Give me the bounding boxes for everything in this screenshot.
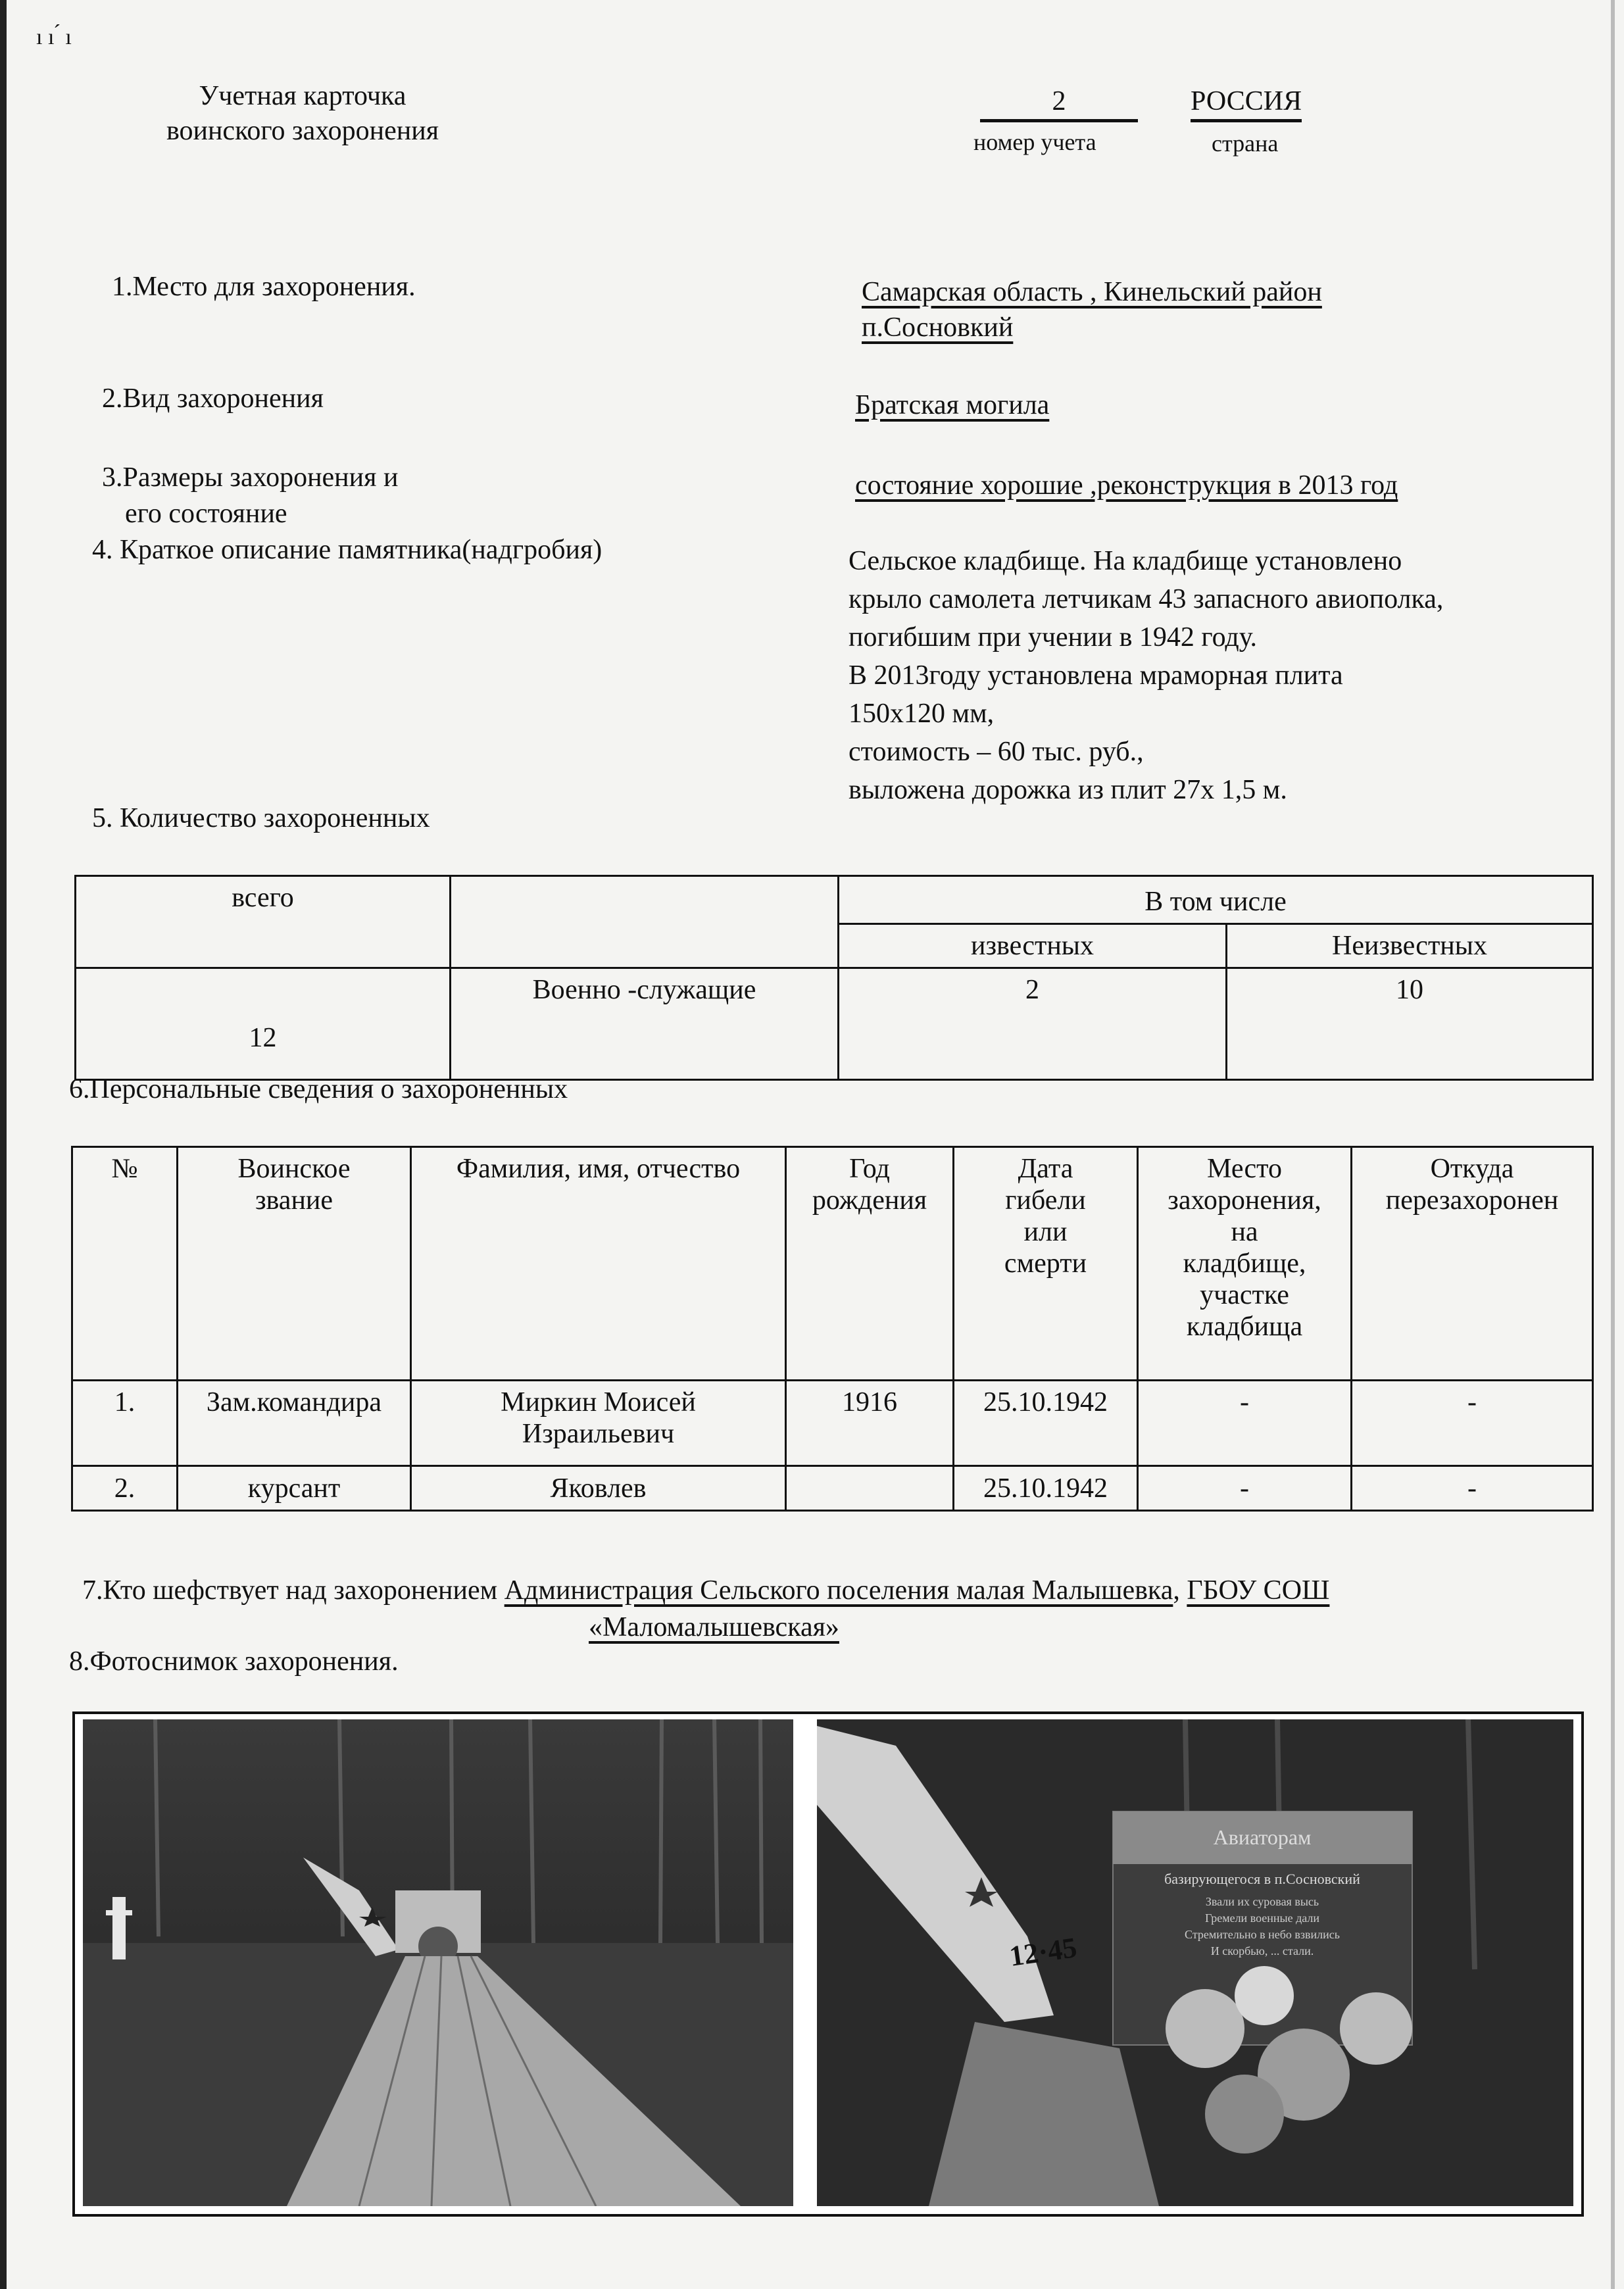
memorial-photo-2: 12·45 Авиаторам базирующегося в п.Соснов… <box>817 1719 1573 2206</box>
header-text: перезахоронен <box>1356 1185 1588 1216</box>
cell-from: - <box>1352 1466 1593 1511</box>
col-header-birth: Годрождения <box>786 1147 954 1381</box>
header-text: кладбище, <box>1143 1248 1346 1279</box>
header-total: всего <box>76 876 451 968</box>
section-3-label-line-1: 3.Размеры захоронения и <box>102 460 398 495</box>
title-line-2: воинского захоронения <box>138 114 467 149</box>
memorial-path-image <box>83 1719 793 2206</box>
plaque-line: Гремели военные дали <box>1205 1911 1319 1925</box>
cell-death: 25.10.1942 <box>954 1466 1138 1511</box>
header-text: Дата <box>958 1153 1133 1185</box>
col-header-name: Фамилия, имя, отчество <box>411 1147 786 1381</box>
photo-frame: 12·45 Авиаторам базирующегося в п.Соснов… <box>72 1711 1584 2217</box>
cell-rank: Зам.командира <box>178 1381 411 1466</box>
burial-count-table: всего В том числе известных Неизвестных … <box>74 875 1594 1081</box>
corner-mark: ı ı ́ ı <box>36 25 72 50</box>
plaque-line: Звали их суровая высь <box>1206 1895 1319 1908</box>
section-4-description: Сельское кладбище. На кладбище установле… <box>849 542 1443 809</box>
table-row: 2. курсант Яковлев 25.10.1942 - - <box>72 1466 1593 1511</box>
header-text: Откуда <box>1356 1153 1588 1185</box>
col-header-rank: Воинскоезвание <box>178 1147 411 1381</box>
cell-birth: 1916 <box>786 1381 954 1466</box>
description-line: 150х120 мм, <box>849 695 1443 733</box>
plaque-title: Авиаторам <box>1214 1825 1312 1849</box>
section-3-value: состояние хорошие ,реконструкция в 2013 … <box>855 468 1398 503</box>
title-line-1: Учетная карточка <box>138 79 467 114</box>
section-7-label: 7.Кто шефствует над захоронением <box>82 1575 497 1606</box>
header-known: известных <box>839 924 1227 968</box>
table-row: 1. Зам.командира Миркин МоисейИзраильеви… <box>72 1381 1593 1466</box>
header-text: кладбища <box>1143 1311 1346 1342</box>
header-text: гибели <box>958 1185 1133 1216</box>
total-count: 12 <box>76 968 451 1080</box>
section-1-label: 1.Место для захоронения. <box>112 270 416 305</box>
cell-name: Яковлев <box>411 1466 786 1511</box>
header-text: звание <box>182 1185 406 1216</box>
header-text: участке <box>1143 1279 1346 1311</box>
memorial-plaque-image: 12·45 Авиаторам базирующегося в п.Соснов… <box>817 1719 1573 2206</box>
section-2-value: Братская могила <box>855 388 1049 423</box>
scan-edge <box>0 0 7 2289</box>
name-text: Миркин Моисей <box>416 1387 781 1418</box>
unknown-count: 10 <box>1227 968 1593 1080</box>
section-8-label: 8.Фотоснимок захоронения. <box>69 1644 399 1679</box>
name-text: Израильевич <box>416 1418 781 1450</box>
section-1-value-line-1: Самарская область , Кинельский район <box>862 275 1322 310</box>
section-7: 7.Кто шефствует над захоронением Админис… <box>82 1573 1329 1608</box>
country-label: страна <box>1212 129 1278 159</box>
cell-place: - <box>1138 1466 1352 1511</box>
section-1-value-line-2: п.Сосновкий <box>862 310 1013 345</box>
header-unknown: Неизвестных <box>1227 924 1593 968</box>
section-7-value-part-3: «Маломалышевская» <box>589 1610 839 1645</box>
header-text: или <box>958 1216 1133 1248</box>
header-text: смерти <box>958 1248 1133 1279</box>
section-3-label-line-2: его состояние <box>125 497 287 531</box>
country: РОССИЯ <box>1191 84 1302 122</box>
account-number: 2 <box>980 84 1138 122</box>
separator: , <box>1173 1575 1187 1606</box>
cell-place: - <box>1138 1381 1352 1466</box>
memorial-photo-1 <box>83 1719 793 2206</box>
header-text: Воинское <box>182 1153 406 1185</box>
header-text: Год <box>791 1153 948 1185</box>
col-header-from: Откудаперезахоронен <box>1352 1147 1593 1381</box>
description-line: выложена дорожка из плит 27х 1,5 м. <box>849 771 1443 809</box>
cell-num: 1. <box>72 1381 178 1466</box>
header-including: В том числе <box>839 876 1593 924</box>
header-text: рождения <box>791 1185 948 1216</box>
section-5-label: 5. Количество захороненных <box>92 801 430 836</box>
cell-name: Миркин МоисейИзраильевич <box>411 1381 786 1466</box>
description-line: стоимость – 60 тыс. руб., <box>849 733 1443 771</box>
known-count: 2 <box>839 968 1227 1080</box>
category: Военно -служащие <box>451 968 839 1080</box>
scan-edge <box>1611 0 1615 2289</box>
header-text: захоронения, <box>1143 1185 1346 1216</box>
cell-from: - <box>1352 1381 1593 1466</box>
col-header-place: Местозахоронения,накладбище,участкекладб… <box>1138 1147 1352 1381</box>
cell-num: 2. <box>72 1466 178 1511</box>
header-text: Место <box>1143 1153 1346 1185</box>
persons-table: № Воинскоезвание Фамилия, имя, отчество … <box>71 1146 1594 1512</box>
account-number-label: номер учета <box>973 128 1096 157</box>
description-line: Сельское кладбище. На кладбище установле… <box>849 542 1443 580</box>
document-title: Учетная карточка воинского захоронения <box>138 79 467 148</box>
section-6-label: 6.Персональные сведения о захороненных <box>69 1072 568 1107</box>
cell-death: 25.10.1942 <box>954 1381 1138 1466</box>
plaque-line: Стремительно в небо взвились <box>1185 1928 1340 1941</box>
description-line: крыло самолета летчикам 43 запасного ави… <box>849 580 1443 618</box>
section-7-value-part-1: Администрация Сельского поселения малая … <box>504 1575 1173 1606</box>
section-7-value-part-2: ГБОУ СОШ <box>1187 1575 1329 1606</box>
cell-rank: курсант <box>178 1466 411 1511</box>
plaque-line: базирующегося в п.Сосновский <box>1164 1871 1360 1887</box>
header-category-empty <box>451 876 839 968</box>
header-text: на <box>1143 1216 1346 1248</box>
col-header-num: № <box>72 1147 178 1381</box>
plaque-line: И скорбью, ... стали. <box>1211 1944 1314 1957</box>
description-line: В 2013году установлена мраморная плита <box>849 656 1443 695</box>
section-2-label: 2.Вид захоронения <box>102 381 324 416</box>
col-header-death: Датагибелиилисмерти <box>954 1147 1138 1381</box>
description-line: погибшим при учении в 1942 году. <box>849 618 1443 656</box>
cell-birth <box>786 1466 954 1511</box>
section-4-label: 4. Краткое описание памятника(надгробия) <box>92 533 602 568</box>
